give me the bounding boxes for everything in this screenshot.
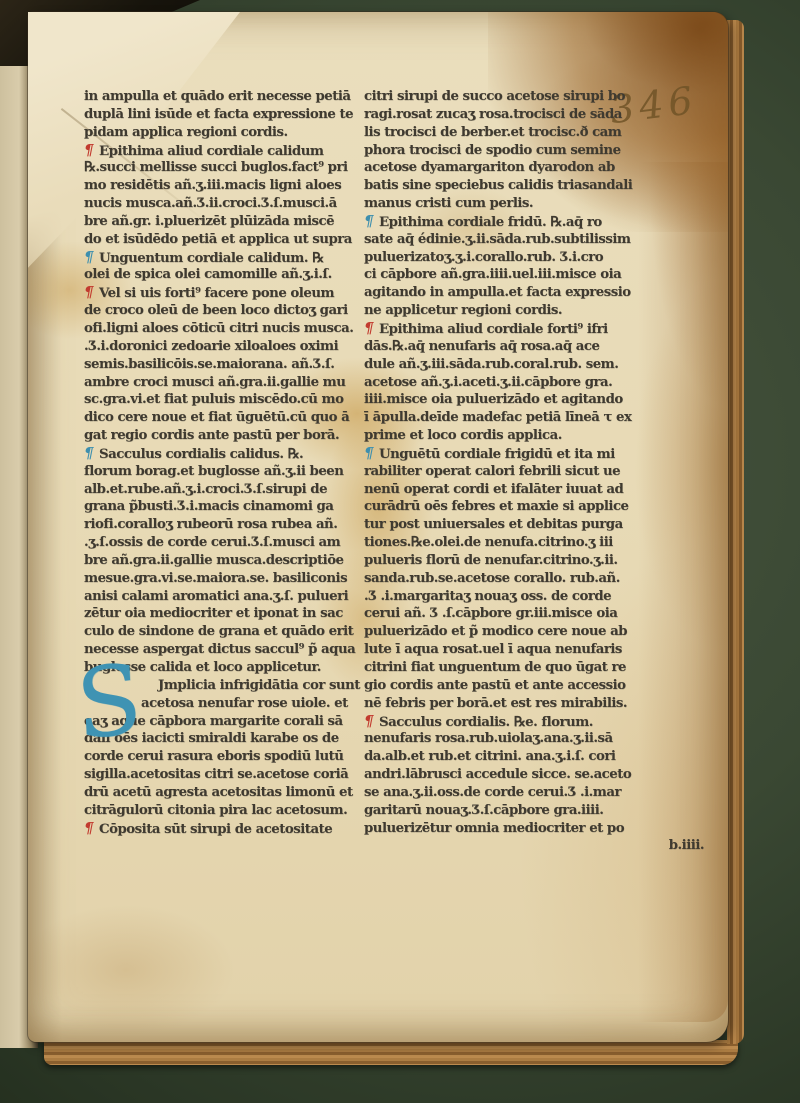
text-line: ¶Epithima aliud cordiale calidum: [84, 142, 386, 160]
text-line: nenufaris rosa.rub.uiolaʒ.ana.ʒ.ii.sā: [364, 730, 704, 748]
text-line: de croco oleū de been loco dictoʒ gari: [84, 302, 386, 320]
text-line: ne applicetur regioni cordis.: [364, 302, 704, 320]
text-line: phora trocisci de spodio cum semine: [364, 142, 704, 160]
text-line: acetose dyamargariton dyarodon ab: [364, 159, 704, 177]
text-line: tur post uniuersales et debitas purga: [364, 516, 704, 534]
text-line: garitarū nouaʒ.Ʒ.ſ.cāpbore gra.iiii.: [364, 802, 704, 820]
text-line: ragi.rosat zucaʒ rosa.trocisci de sāda: [364, 106, 704, 124]
text-line: anisi calami aromatici ana.ʒ.ſ. pulueri: [84, 588, 386, 606]
text-line: batis sine speciebus calidis triasandali: [364, 177, 704, 195]
text-line: se ana.ʒ.ii.oss.de corde cerui.Ʒ .i.mar: [364, 784, 704, 802]
text-line: ¶Sacculus cordialis calidus. ℞.: [84, 445, 386, 463]
text-line: semis.basilicōis.se.maiorana. añ.Ʒ.ſ.: [84, 356, 386, 374]
text-line: ¶Sacculus cordialis. ℞e. florum.: [364, 713, 704, 731]
text-line: zētur oia mediocriter et iponat in sac: [84, 605, 386, 623]
text-line: lis trocisci de berber.et trocisc.ð cam: [364, 124, 704, 142]
text-line: rabiliter operat calori febrili sicut ue: [364, 463, 704, 481]
text-line: do et isūdēdo petiā et applica ut supra: [84, 231, 386, 249]
text-line: sate aq̄ édinie.ʒ.ii.sāda.rub.subtilissi…: [364, 231, 704, 249]
scanned-book-photo: 346 in ampulla et quādo erit necesse pet…: [0, 0, 800, 1103]
text-line: acetose añ.ʒ.i.aceti.ʒ.ii.cāpbore gra.: [364, 374, 704, 392]
paragraph-mark-blue: ¶: [364, 444, 373, 462]
text-line: sanda.rub.se.acetose corallo. rub.añ.: [364, 570, 704, 588]
illuminated-initial-s: S: [74, 650, 144, 754]
paragraph-mark-red: ¶: [364, 319, 373, 337]
text-line: andri.lābrusci accedule sicce. se.aceto: [364, 766, 704, 784]
text-column-right: citri sirupi de succo acetose sirupi bor…: [364, 88, 704, 855]
text-line: nenū operat cordi et ifalāter iuuat ad: [364, 481, 704, 499]
text-line: alb.et.rube.añ.ʒ.i.croci.Ʒ.ſ.sirupi de: [84, 481, 386, 499]
text-line: dās.℞.aq̄ nenufaris aq̄ rosa.aq̄ ace: [364, 338, 704, 356]
text-line: puluerizētur omnia mediocriter et po: [364, 820, 704, 838]
text-line: florum borag.et buglosse añ.ʒ.ii been: [84, 463, 386, 481]
text-line: ambre croci musci añ.gra.ii.gallie mu: [84, 374, 386, 392]
text-line: ī āpulla.deīde madefac petiā līneā τ ex: [364, 409, 704, 427]
text-line: da.alb.et rub.et citrini. ana.ʒ.i.ſ. cor…: [364, 748, 704, 766]
text-line: drū acetū agresta acetositas limonū et: [84, 784, 386, 802]
text-line: iiii.misce oia puluerizādo et agitando: [364, 391, 704, 409]
text-line: dule añ.ʒ.iii.sāda.rub.coral.rub. sem.: [364, 356, 704, 374]
text-line: dico cere noue et fiat ūguētū.cū quo ā: [84, 409, 386, 427]
text-line: puluerizādo et p̃ modico cere noue ab: [364, 623, 704, 641]
text-line: pidam applica regioni cordis.: [84, 124, 386, 142]
page-block-bottom-edge: [44, 1040, 738, 1065]
text-line: ¶Epithima cordiale fridū. ℞.aq̄ ro: [364, 213, 704, 231]
text-line: tiones.℞e.olei.de nenufa.citrino.ʒ iii: [364, 534, 704, 552]
text-line: manus cristi cum perlis.: [364, 195, 704, 213]
text-line: ¶Unguentum cordiale calidum. ℞: [84, 249, 386, 267]
text-line: puluerizatoʒ.ʒ.i.corallo.rub. Ʒ.i.cro: [364, 249, 704, 267]
text-line: ci cāpbore añ.gra.iiii.uel.iii.misce oia: [364, 266, 704, 284]
text-line: b.iiii.: [364, 837, 704, 855]
book-page: 346 in ampulla et quādo erit necesse pet…: [28, 12, 728, 1042]
text-line: sigilla.acetositas citri se.acetose cori…: [84, 766, 386, 784]
text-line: .Ʒ .i.margaritaʒ nouaʒ oss. de corde: [364, 588, 704, 606]
text-line: bre añ.gr. i.pluerizēt plūizāda miscē: [84, 213, 386, 231]
paragraph-mark-red: ¶: [364, 712, 373, 730]
text-line: riofi.coralloʒ rubeorū rosa rubea añ.: [84, 516, 386, 534]
text-line: duplā lini isūde et facta expressione te: [84, 106, 386, 124]
text-line: pulueris florū de nenufar.citrino.ʒ.ii.: [364, 552, 704, 570]
text-line: agitando in ampulla.et facta expressio: [364, 284, 704, 302]
text-line: citrāgulorū citonia pira lac acetosum.: [84, 802, 386, 820]
text-line: grana p̃busti.Ʒ.i.macis cinamomi ga: [84, 498, 386, 516]
text-line: .Ʒ.i.doronici zedoarie xiloaloes oximi: [84, 338, 386, 356]
paragraph-mark-red: ¶: [84, 819, 93, 837]
text-line: ofi.ligni aloes cōticū citri nucis musca…: [84, 320, 386, 338]
text-line: .ʒ.ſ.ossis de corde cerui.Ʒ.ſ.musci am: [84, 534, 386, 552]
paragraph-mark-red: ¶: [84, 141, 93, 159]
text-line: olei de spica olei camomille añ.ʒ.i.ſ.: [84, 266, 386, 284]
text-line: gio cordis ante pastū et ante accessio: [364, 677, 704, 695]
text-line: bre añ.gra.ii.gallie musca.descriptiōe: [84, 552, 386, 570]
paragraph-mark-blue: ¶: [364, 212, 373, 230]
text-line: ℞.succi mellisse succi buglos.fact⁹ pri: [84, 159, 386, 177]
text-line: in ampulla et quādo erit necesse petiā: [84, 88, 386, 106]
text-line: ¶Vel si uis forti⁹ facere pone oleum: [84, 284, 386, 302]
text-line: nē febris per borā.et est res mirabilis.: [364, 695, 704, 713]
text-line: citri sirupi de succo acetose sirupi bo: [364, 88, 704, 106]
text-line: ¶Epithima aliud cordiale forti⁹ ifri: [364, 320, 704, 338]
text-line: lute ī aqua rosat.uel ī aqua nenufaris: [364, 641, 704, 659]
text-line: prime et loco cordis applica.: [364, 427, 704, 445]
paragraph-mark-blue: ¶: [84, 444, 93, 462]
text-line: citrini fiat unguentum de quo ūgat re: [364, 659, 704, 677]
text-line: sc.gra.vi.et fiat puluis miscēdo.cū mo: [84, 391, 386, 409]
text-line: ¶Unguētū cordiale frigidū et ita mi: [364, 445, 704, 463]
text-line: culo de sindone de grana et quādo erit: [84, 623, 386, 641]
text-line: mo residētis añ.ʒ.iii.macis ligni aloes: [84, 177, 386, 195]
paragraph-mark-blue: ¶: [84, 248, 93, 266]
page-block-right-edge: [727, 20, 744, 1044]
text-line: curādrū oēs febres et maxie si applice: [364, 498, 704, 516]
paragraph-mark-red: ¶: [84, 283, 93, 301]
text-line: ¶Cōposita sūt sirupi de acetositate: [84, 820, 386, 838]
text-line: mesue.gra.vi.se.maiora.se. basiliconis: [84, 570, 386, 588]
text-line: gat regio cordis ante pastū per borā.: [84, 427, 386, 445]
text-line: cerui añ. Ʒ .ſ.cāpbore gr.iii.misce oia: [364, 605, 704, 623]
text-line: nucis musca.añ.Ʒ.ii.croci.Ʒ.ſ.musci.ā: [84, 195, 386, 213]
